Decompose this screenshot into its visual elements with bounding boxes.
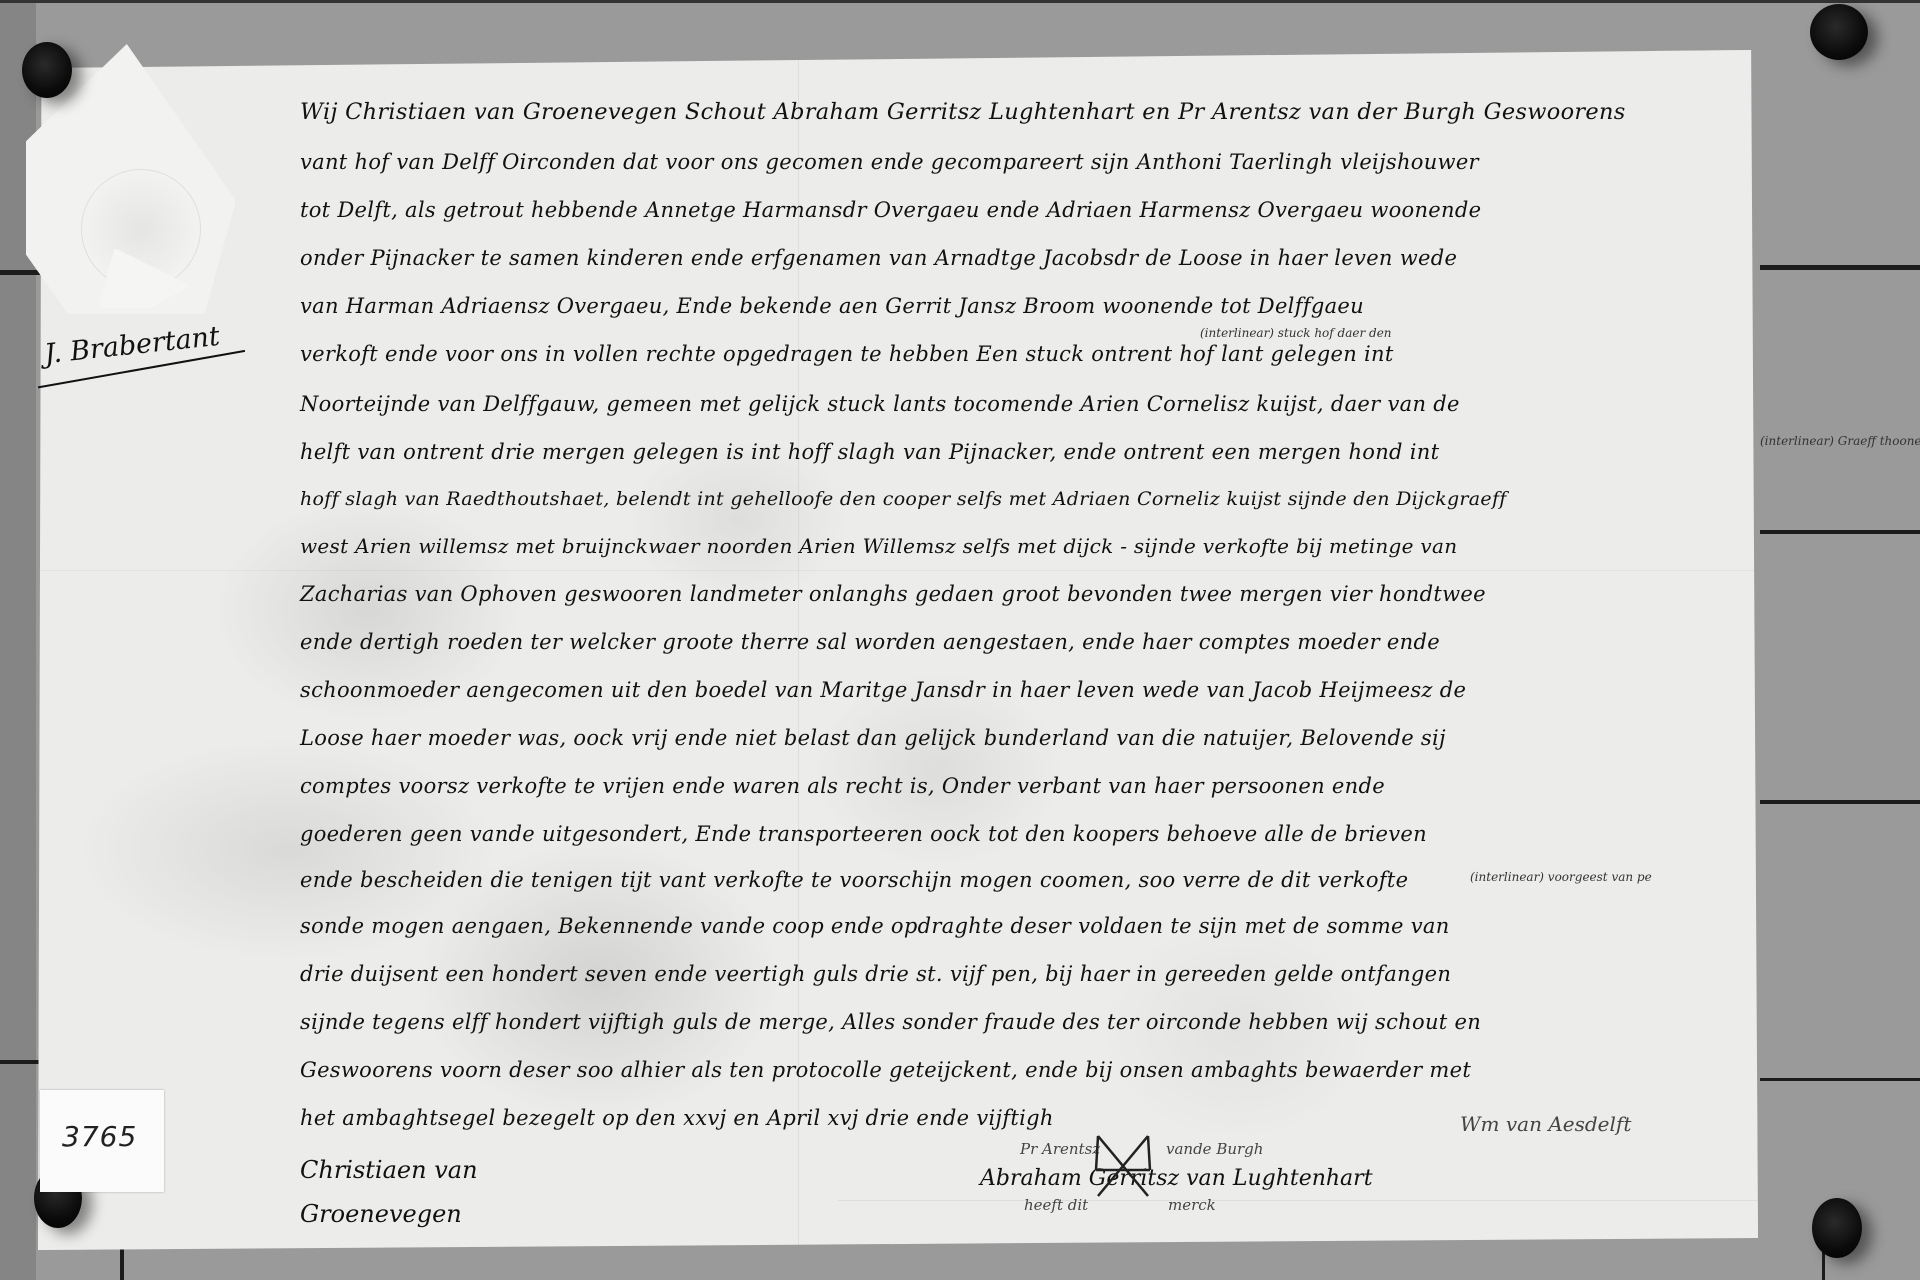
text-line: helft van ontrent drie mergen gelegen is… xyxy=(300,440,1439,464)
signature-schepen: Abraham Gerritsz van Lughtenhart xyxy=(980,1166,1373,1191)
signatory-mark-icon xyxy=(1088,1126,1158,1206)
mark-label: heeft dit xyxy=(1024,1196,1088,1214)
text-line: schoonmoeder aengecomen uit den boedel v… xyxy=(300,678,1466,702)
signature-schout: Christiaen van Groenevegen xyxy=(300,1148,540,1236)
board-divider xyxy=(1760,800,1920,804)
text-line: Zacharias van Ophoven geswooren landmete… xyxy=(300,582,1486,606)
text-line: vant hof van Delff Oirconden dat voor on… xyxy=(300,150,1479,174)
text-line: hoff slagh van Raedthoutshaet, belendt i… xyxy=(300,488,1507,510)
board-divider xyxy=(1760,265,1920,270)
fold-crease xyxy=(38,570,1758,571)
interlinear-note: (interlinear) stuck hof daer den xyxy=(1200,326,1392,340)
text-line: ende dertigh roeden ter welcker groote t… xyxy=(300,630,1440,654)
text-line: drie duijsent een hondert seven ende vee… xyxy=(300,962,1451,986)
text-line: comptes voorsz verkofte te vrijen ende w… xyxy=(300,774,1385,798)
text-line: het ambaghtsegel bezegelt op den xxvj en… xyxy=(300,1106,1054,1130)
text-line: onder Pijnacker te samen kinderen ende e… xyxy=(300,246,1457,270)
interlinear-note: (interlinear) voorgeest van pe xyxy=(1470,870,1652,884)
text-line: sijnde tegens elff hondert vijftigh guls… xyxy=(300,1010,1481,1034)
text-line: Noorteijnde van Delffgauw, gemeen met ge… xyxy=(300,392,1460,416)
signature-schepen: Wm van Aesdelft xyxy=(1460,1112,1631,1136)
text-line: ende bescheiden die tenigen tijt vant ve… xyxy=(300,868,1408,892)
catalogue-number: 3765 xyxy=(62,1120,137,1153)
text-line: west Arien willemsz met bruijnckwaer noo… xyxy=(300,534,1457,558)
text-line: van Harman Adriaensz Overgaeu, Ende beke… xyxy=(300,294,1364,318)
board-divider xyxy=(1760,1078,1920,1081)
text-line: goederen geen vande uitgesondert, Ende t… xyxy=(300,822,1427,846)
board-divider xyxy=(0,0,1920,3)
text-line: tot Delft, als getrout hebbende Annetge … xyxy=(300,198,1481,222)
mark-label: vande Burgh xyxy=(1166,1140,1263,1158)
interlinear-note: (interlinear) Graeff thoone xyxy=(1760,434,1920,448)
text-line: sonde mogen aengaen, Bekennende vande co… xyxy=(300,914,1450,938)
mark-label: merck xyxy=(1168,1196,1216,1214)
pin-icon xyxy=(1810,4,1868,60)
fold-crease xyxy=(838,1200,1758,1201)
text-line: Geswoorens voorn deser soo alhier als te… xyxy=(300,1058,1471,1082)
text-line: Wij Christiaen van Groenevegen Schout Ab… xyxy=(300,100,1626,125)
catalogue-label: 3765 xyxy=(40,1090,164,1192)
pin-icon xyxy=(22,42,72,98)
board-divider xyxy=(0,1060,40,1064)
board-divider xyxy=(0,270,40,275)
text-line: verkoft ende voor ons in vollen rechte o… xyxy=(300,342,1394,366)
board-divider xyxy=(1760,530,1920,534)
text-line: Loose haer moeder was, oock vrij ende ni… xyxy=(300,726,1446,750)
pin-icon xyxy=(1812,1198,1862,1258)
